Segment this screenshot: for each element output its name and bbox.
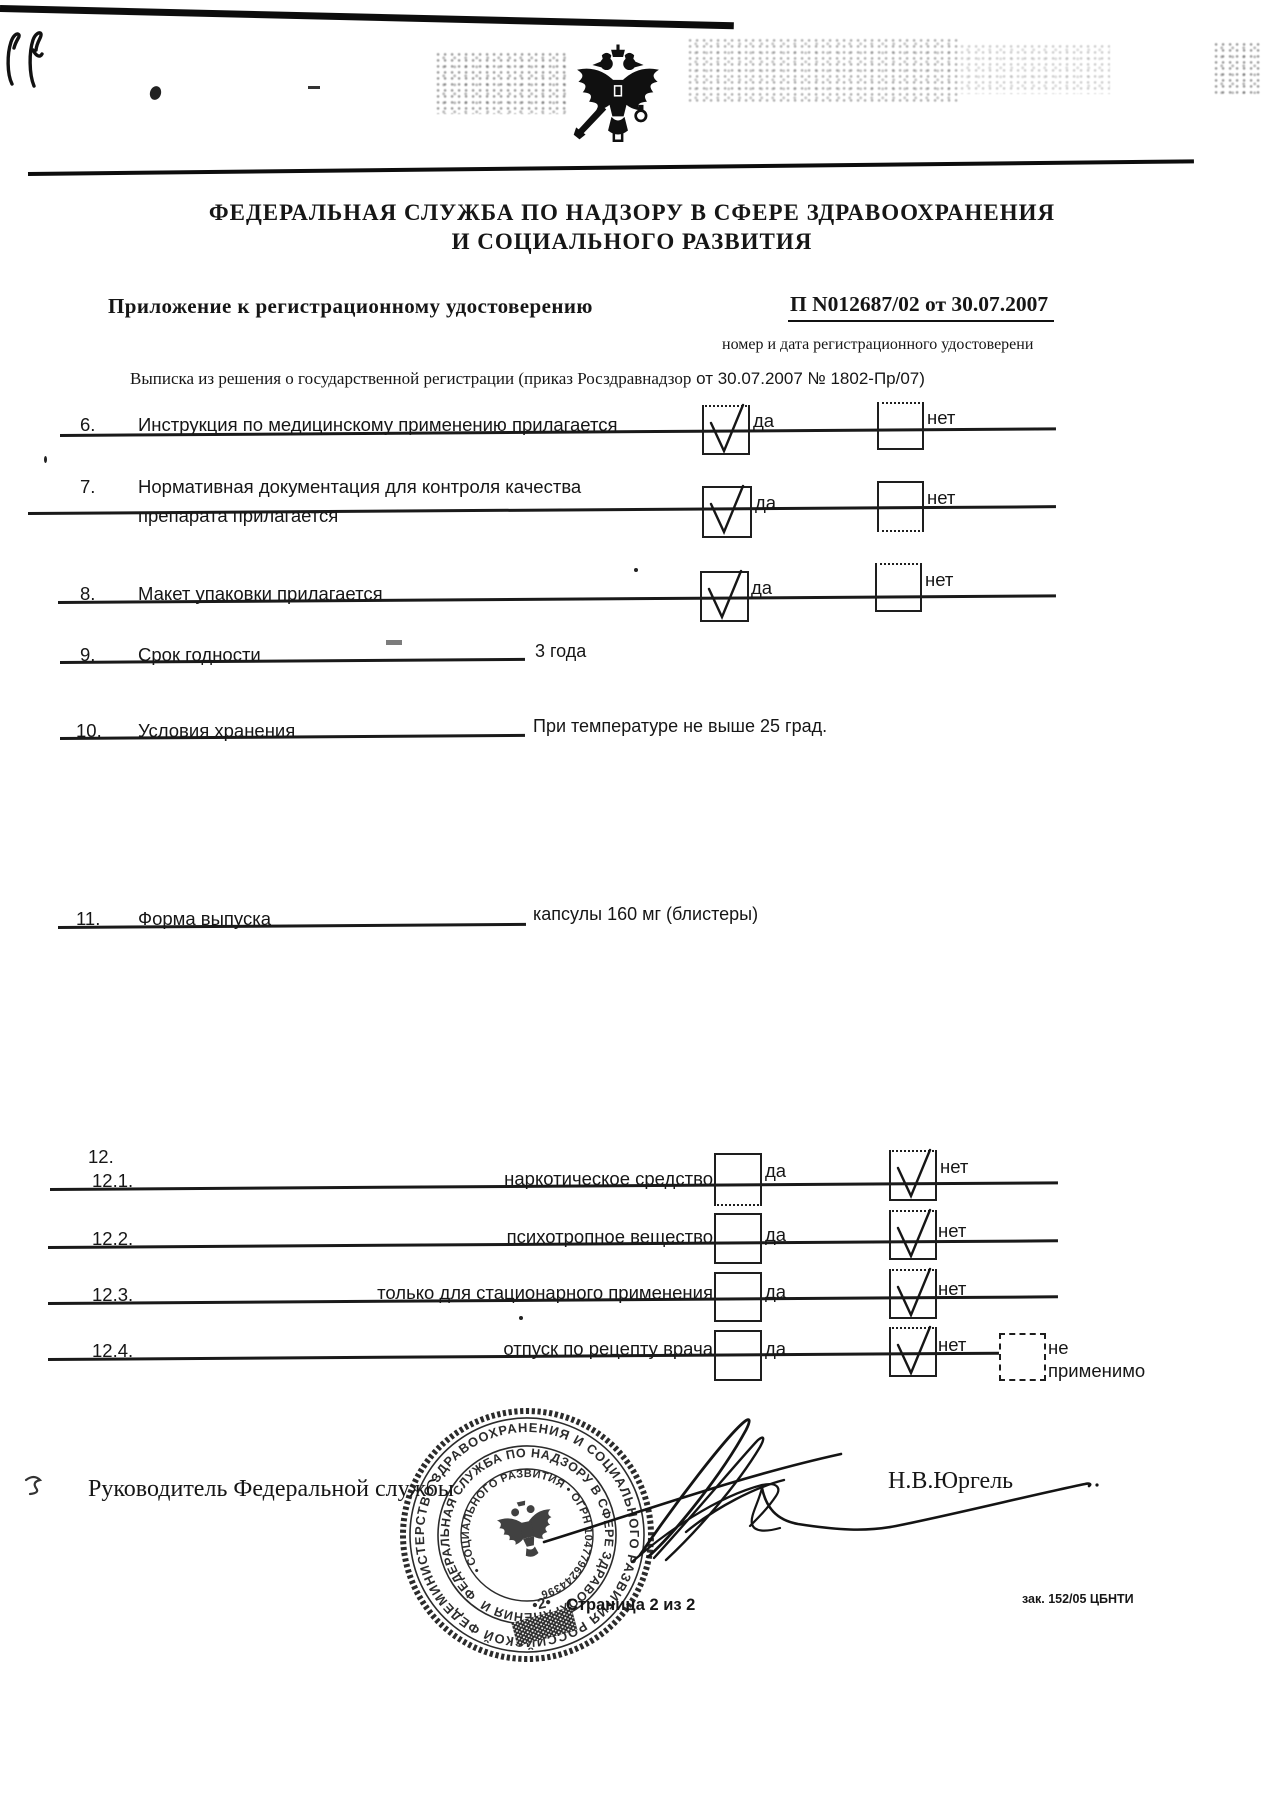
item-12-3-no-label: нет — [938, 1278, 966, 1300]
item-10-value: При температуре не выше 25 град. — [533, 716, 827, 737]
item-7-yes-checkbox — [702, 486, 752, 538]
item-9-value: 3 года — [535, 641, 586, 662]
scan-speck — [44, 456, 47, 463]
item-12-1-yes-checkbox — [714, 1153, 762, 1206]
item-8-no-label: нет — [925, 569, 953, 591]
item-12-2-yes-checkbox — [714, 1213, 762, 1264]
scan-smudge — [960, 44, 1110, 94]
scan-dash — [308, 86, 320, 89]
scan-margin-mark — [22, 1472, 48, 1498]
item-12-3-yes-checkbox — [714, 1272, 762, 1322]
header-divider — [28, 159, 1194, 176]
item-12-4-yes-checkbox — [714, 1330, 762, 1381]
extract-line: Выписка из решения о государственной рег… — [130, 369, 925, 389]
item-12-2-no-checkbox — [889, 1210, 937, 1260]
print-order-note: зак. 152/05 ЦБНТИ — [1022, 1592, 1134, 1606]
item-12-2-yes-label: да — [765, 1224, 786, 1246]
item-8-yes-label: да — [751, 577, 772, 599]
item-12-4-no-label: нет — [938, 1334, 966, 1356]
registration-number-caption: номер и дата регистрационного удостовере… — [722, 336, 1033, 354]
check-icon — [701, 397, 753, 457]
item-12-4-na-label-line2: применимо — [1048, 1360, 1145, 1382]
org-name-line1: ФЕДЕРАЛЬНАЯ СЛУЖБА ПО НАДЗОРУ В СФЕРЕ ЗД… — [0, 200, 1264, 226]
check-icon — [699, 563, 751, 623]
check-icon — [888, 1142, 940, 1202]
item-12-4-na-label-line1: не — [1048, 1337, 1069, 1359]
extract-text: Выписка из решения о государственной рег… — [130, 369, 691, 388]
item-12-1-no-label: нет — [940, 1156, 968, 1178]
item-6-no-checkbox — [877, 402, 924, 450]
item-7-no-label: нет — [927, 487, 955, 509]
signature-ink — [536, 1392, 1116, 1572]
item-6-number: 6. — [80, 414, 95, 436]
item-7-label-line2: препарата прилагается — [138, 505, 338, 527]
coat-of-arms-eagle-icon — [566, 42, 670, 148]
item-12-1-yes-label: да — [765, 1160, 786, 1182]
signer-name: Н.В.Юргель — [888, 1468, 1013, 1495]
item-7-yes-label: да — [755, 492, 776, 514]
scan-smudge — [386, 640, 402, 645]
check-icon — [888, 1261, 940, 1321]
scan-speck — [634, 568, 638, 572]
scan-speck — [519, 1316, 523, 1320]
item-8-no-checkbox — [875, 563, 922, 612]
org-name-line2: И СОЦИАЛЬНОГО РАЗВИТИЯ — [0, 229, 1264, 255]
check-icon — [888, 1202, 940, 1262]
underline — [60, 658, 525, 664]
scan-top-line — [0, 5, 734, 29]
section-12-number: 12. — [88, 1146, 114, 1168]
page-number-label: Страница 2 из 2 — [566, 1596, 695, 1615]
underline — [58, 923, 526, 929]
item-6-no-label: нет — [927, 407, 955, 429]
item-8-yes-checkbox — [700, 571, 749, 622]
registration-number: П N012687/02 от 30.07.2007 — [788, 292, 1054, 322]
extract-order: от 30.07.2007 № 1802-Пр/07) — [691, 369, 925, 388]
item-11-value: капсулы 160 мг (блистеры) — [533, 904, 758, 925]
item-12-4-yes-label: да — [765, 1338, 786, 1360]
item-12-4-no-checkbox — [889, 1327, 937, 1377]
scan-mark-hooks — [2, 28, 46, 90]
item-6-yes-checkbox — [702, 405, 750, 455]
item-7-number: 7. — [80, 476, 95, 498]
scanned-document-page: ФЕДЕРАЛЬНАЯ СЛУЖБА ПО НАДЗОРУ В СФЕРЕ ЗД… — [0, 0, 1264, 1800]
item-7-no-checkbox — [877, 481, 924, 532]
scan-smudge — [1214, 42, 1260, 94]
document-title: Приложение к регистрационному удостовере… — [108, 294, 593, 319]
item-12-2-no-label: нет — [938, 1220, 966, 1242]
scan-speck — [148, 85, 163, 102]
item-7-label-line1: Нормативная документация для контроля ка… — [138, 476, 581, 498]
item-12-3-no-checkbox — [889, 1269, 937, 1319]
scan-smudge — [436, 52, 566, 114]
item-12-1-no-checkbox — [889, 1150, 937, 1201]
check-icon — [888, 1319, 940, 1379]
item-6-yes-label: да — [753, 410, 774, 432]
item-12-4-na-checkbox — [999, 1333, 1046, 1381]
check-icon — [701, 478, 753, 538]
scan-smudge — [688, 38, 958, 102]
item-12-3-yes-label: да — [765, 1281, 786, 1303]
